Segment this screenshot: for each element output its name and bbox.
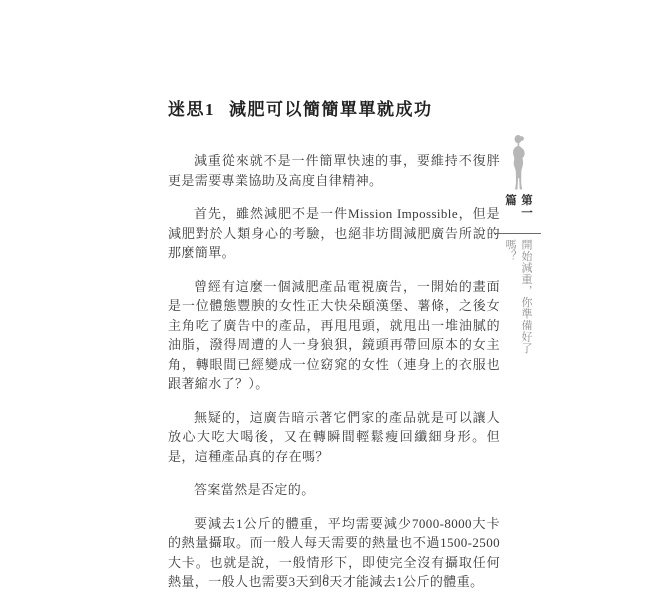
heading-myth-number: 迷思1: [168, 100, 215, 119]
part-title-wrap: 開始減重，你準備好了嗎？: [493, 239, 543, 373]
part-label-wrap: 第一篇: [493, 192, 543, 230]
body-paragraph: 答案當然是否定的。: [168, 480, 500, 500]
part-number-label: 第一篇: [502, 194, 534, 230]
body-paragraph: 減重從來就不是一件簡單快速的事，要維持不復胖更是需要專業協助及高度自律精神。: [168, 151, 500, 190]
chapter-heading: 迷思1減肥可以簡簡單單就成功: [168, 95, 500, 120]
body-paragraph: 曾經有這麼一個減肥產品電視廣告，一開始的畫面是一位體態豐腴的女性正大快朵頤漢堡、…: [168, 277, 500, 394]
part-sidebar: 第一篇 開始減重，你準備好了嗎？: [493, 134, 543, 373]
woman-silhouette-icon: [493, 134, 543, 192]
main-text-column: 迷思1減肥可以簡簡單單就成功 減重從來就不是一件簡單快速的事，要維持不復胖更是需…: [168, 95, 500, 606]
body-paragraph: 首先，雖然減肥不是一件Mission Impossible，但是減肥對於人類身心…: [168, 204, 500, 263]
book-page: 迷思1減肥可以簡簡單單就成功 減重從來就不是一件簡單快速的事，要維持不復胖更是需…: [0, 0, 655, 609]
sidebar-divider: [494, 233, 541, 234]
body-paragraph: 無疑的，這廣告暗示著它們家的產品就是可以讓人放心大吃大喝後，又在轉瞬間輕鬆瘦回纖…: [168, 408, 500, 467]
heading-title-text: 減肥可以簡簡單單就成功: [229, 100, 433, 119]
page-number: . 9 .: [0, 571, 655, 586]
part-title-vertical: 開始減重，你準備好了嗎？: [502, 239, 534, 373]
